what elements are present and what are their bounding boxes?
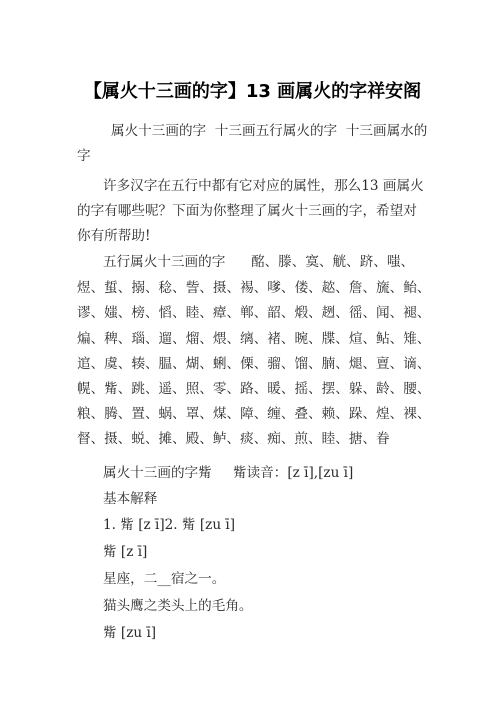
example-pronunciation: 觜读音：[z ī],[zu ī] <box>233 463 353 483</box>
basic-explanation-label: 基本解释 <box>103 489 157 509</box>
char-list-row: 逭、虞、辏、腽、煳、蜊、傈、骝、馏、腩、煺、亶、谪、 <box>77 354 430 374</box>
summary-line-2: 的字有哪些呢？下面为你整理了属火十三画的字，希望对 <box>77 201 417 221</box>
char-list-heading: 五行属火十三画的字 <box>103 252 225 272</box>
reading-1-definition-2: 猫头鹰之类头上的毛角。 <box>103 596 253 616</box>
document-title: 【属火十三画的字】13 画属火的字祥安阁 <box>0 80 500 104</box>
char-list-row: 煜、蜇、搦、稔、訾、摄、裼、嗲、偻、趑、詹、旒、鲐、 <box>77 278 430 298</box>
intro-line-1: 属火十三画的字 十三画五行属火的字 十三画属水的 <box>111 121 427 141</box>
char-list-row: 煸、稗、瑙、遛、熘、煨、缡、褚、晼、牒、煊、鲇、雉、 <box>77 329 430 349</box>
document-page: 【属火十三画的字】13 画属火的字祥安阁 属火十三画的字 十三画五行属火的字 十… <box>0 0 500 708</box>
reading-1-header: 觜 [z ī] <box>103 542 147 562</box>
readings-line: 1. 觜 [z ī]2. 觜 [zu ī] <box>103 515 235 535</box>
reading-2-header: 觜 [zu ī] <box>103 623 156 643</box>
reading-1-definition-1: 星座，二__宿之一。 <box>103 569 225 589</box>
example-heading: 属火十三画的字觜 <box>103 463 212 483</box>
char-list-first-row: 酩、滕、寞、觥、跻、嗤、 <box>251 252 414 272</box>
char-list-row: 督、摄、蜕、摊、殿、鲈、痰、痴、煎、睦、搪、眷 <box>77 429 390 449</box>
char-list-row: 幌、觜、跳、遥、照、零、路、暖、摇、摆、躲、龄、腰、 <box>77 379 430 399</box>
intro-line-2: 字 <box>77 146 91 166</box>
char-list-row: 谬、媸、榜、慆、睦、瘴、郸、韶、煅、趔、徭、闻、褪、 <box>77 303 430 323</box>
summary-line-3: 你有所帮助! <box>77 226 150 246</box>
char-list-row: 粮、腾、置、蜗、罩、煤、障、缠、叠、赖、跺、煌、裸、 <box>77 404 430 424</box>
summary-line-1: 许多汉字在五行中都有它对应的属性，那么13 画属火 <box>103 176 424 196</box>
